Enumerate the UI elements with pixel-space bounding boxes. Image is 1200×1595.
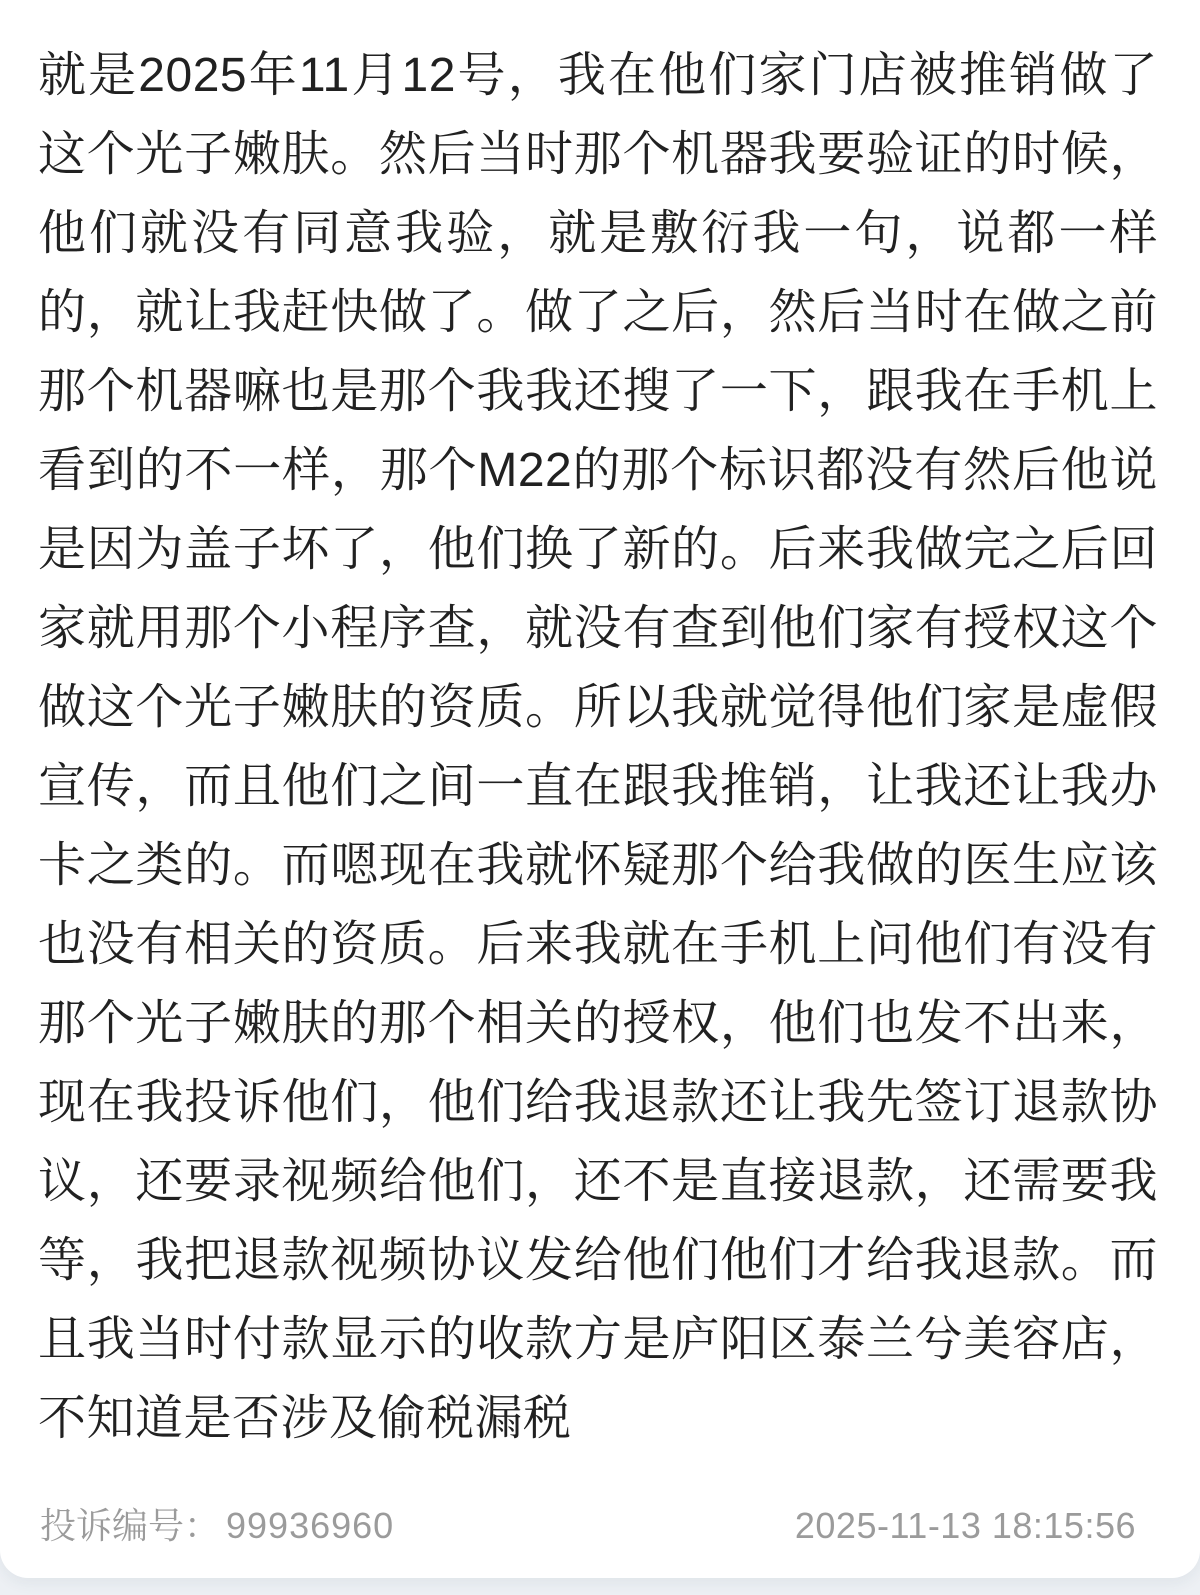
complaint-footer: 投诉编号： 99936960 2025-11-13 18:15:56: [40, 1504, 1136, 1548]
complaint-id-value: 99936960: [226, 1504, 394, 1548]
complaint-id-label: 投诉编号：: [40, 1504, 220, 1548]
page-background: 就是2025年11月12号，我在他们家门店被推销做了这个光子嫩肤。然后当时那个机…: [0, 0, 1200, 1595]
complaint-card: 就是2025年11月12号，我在他们家门店被推销做了这个光子嫩肤。然后当时那个机…: [0, 0, 1200, 1578]
complaint-timestamp: 2025-11-13 18:15:56: [795, 1504, 1136, 1548]
complaint-id-group: 投诉编号： 99936960: [40, 1504, 394, 1548]
complaint-body-text: 就是2025年11月12号，我在他们家门店被推销做了这个光子嫩肤。然后当时那个机…: [38, 36, 1158, 1458]
